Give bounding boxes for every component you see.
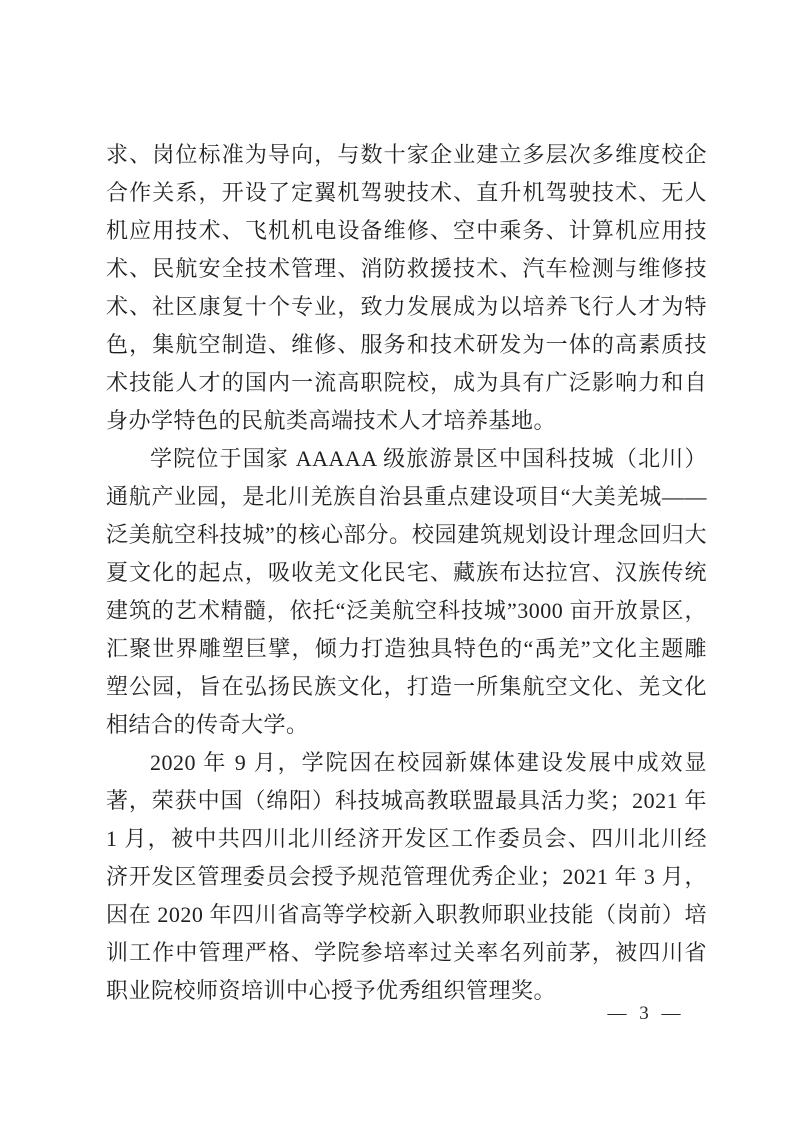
- paragraph-awards: 2020 年 9 月，学院因在校园新媒体建设发展中成效显著，荣获中国（绵阳）科技…: [106, 744, 707, 1010]
- document-page: 求、岗位标准为导向，与数十家企业建立多层次多维度校企合作关系，开设了定翼机驾驶技…: [0, 0, 794, 1122]
- page-number: — 3 —: [596, 1003, 696, 1025]
- paragraph-continuation: 求、岗位标准为导向，与数十家企业建立多层次多维度校企合作关系，开设了定翼机驾驶技…: [106, 136, 707, 440]
- paragraph-campus-location: 学院位于国家 AAAAA 级旅游景区中国科技城（北川）通航产业园，是北川羌族自治…: [106, 440, 707, 744]
- text-block: 求、岗位标准为导向，与数十家企业建立多层次多维度校企合作关系，开设了定翼机驾驶技…: [106, 136, 707, 1010]
